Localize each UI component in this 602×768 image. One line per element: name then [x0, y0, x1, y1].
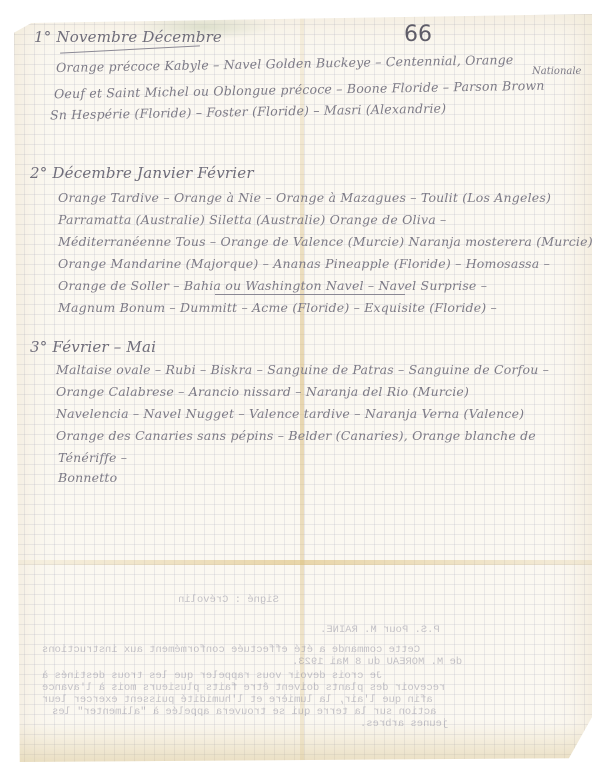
section-3-line-3: Navelencia – Navel Nugget – Valence tard… — [56, 406, 524, 421]
bleed-through-line-7: jeunes arbres. — [360, 718, 448, 730]
section-1-annotation: Nationale — [532, 66, 581, 77]
section-2-line-3: Méditerranéenne Tous – Orange de Valence… — [58, 234, 593, 249]
section-2-line-2: Parramatta (Australie) Siletta (Australi… — [58, 212, 447, 227]
section-heading-3: 3° Février – Mai — [30, 338, 156, 356]
section-3-line-1: Maltaise ovale – Rubi – Biskra – Sanguin… — [56, 362, 549, 377]
section-heading-1: 1° Novembre Décembre — [34, 28, 222, 46]
bottom-edge-stain — [14, 722, 592, 762]
horizontal-fold-line — [14, 560, 592, 565]
bleed-through-line-6: action sur la terre qui se trouvera appe… — [52, 706, 436, 718]
section-3-line-4: Orange des Canaries sans pépins – Belder… — [56, 428, 536, 443]
section-3-line-5: Ténériffe – — [58, 450, 127, 465]
section-2-line-5: Orange de Soller – Bahia ou Washington N… — [58, 278, 487, 293]
bahia-underline — [215, 294, 405, 295]
section-3-line-2: Orange Calabrese – Arancio nissard – Nar… — [56, 384, 469, 399]
section-2-line-1: Orange Tardive – Orange à Nie – Orange à… — [58, 190, 551, 205]
bleed-through-line-5: afin que l'air, la lumière et l'humidité… — [42, 694, 433, 706]
section-2-line-6: Magnum Bonum – Dummitt – Acme (Floride) … — [58, 300, 497, 315]
bleed-through-line-2: de M. MOREAU du 8 Mai 1923. — [292, 656, 462, 668]
scanned-document: 66 1° Novembre Décembre Orange précoce K… — [0, 0, 602, 768]
section-heading-2: 2° Décembre Janvier Février — [30, 164, 254, 182]
bleed-through-line-1: Cette commande a été effectuée conformém… — [42, 644, 420, 656]
bleed-through-header: P.S. Pour M. RAINE. — [320, 624, 440, 636]
page-number: 66 — [404, 22, 432, 47]
bleed-through-line-3: Je crois devoir vous rappeler que les tr… — [42, 670, 407, 682]
section-3-line-6: Bonnetto — [58, 470, 117, 485]
bleed-through-signature: Signé : Crévolin — [178, 594, 279, 606]
section-2-line-4: Orange Mandarine (Majorque) – Ananas Pin… — [58, 256, 550, 271]
bleed-through-line-4: recevoir des plants doivent être faits p… — [42, 682, 445, 694]
